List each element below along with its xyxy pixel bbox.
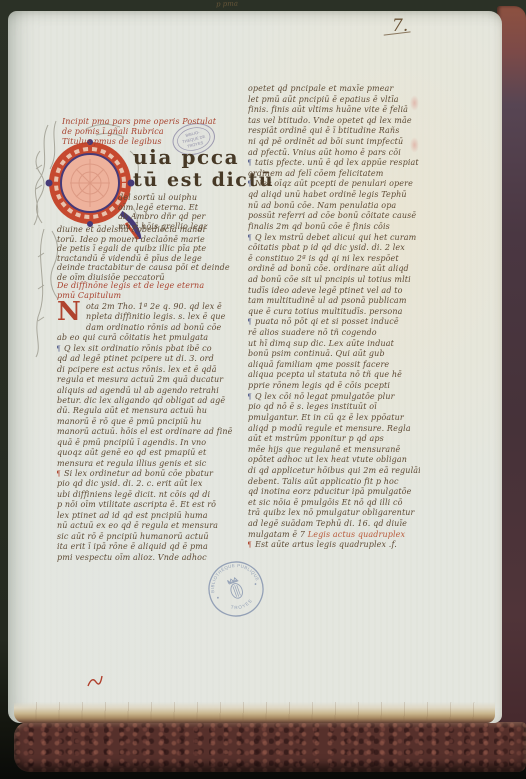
svg-text:TROYES: TROYES	[229, 597, 255, 613]
text-line: mulgatam ē 7 Legis actus quadruplex	[248, 530, 420, 541]
opening-rubric: Incipit pma pars pme operis Postulatde p…	[62, 117, 248, 148]
blue-pilcrow-mark: ¶	[248, 233, 255, 242]
text-line: ¶puata nō pōt qi et si posset inducē	[248, 317, 420, 328]
blue-pilcrow-mark: ¶	[248, 392, 255, 401]
text-line: mēe hijs que regulanē et mensuranē	[248, 445, 420, 456]
text-line: possūt referri ad cōe bonū cōitate causē	[248, 211, 420, 222]
text-line: cōitatis pbat p id qd dic ysid. di. 2 le…	[248, 243, 420, 254]
text-line: ab eo qui curā cōitatis het pmulgata	[57, 333, 245, 343]
text-line: aūt et mstrūm pponitur p qd aps	[248, 434, 420, 445]
top-inscription: p pma	[216, 0, 238, 8]
text-line: pio qd nō ē s. leges instituūt oī	[248, 402, 420, 413]
text-line: tas vel btitudo. Vnde opetet qd lex māe	[248, 116, 420, 127]
text-line: de petis ī egali de quibz illic pīa pte	[57, 244, 245, 254]
folio-number: 7.	[392, 16, 411, 37]
text-line: opetet qd pncipale et maxīe pmear	[248, 84, 420, 95]
text-line: ē constituo 2ª is qd qi ni lex respōet	[248, 254, 420, 265]
text-line: p nōi oīm vtilitate ascripta ē. Et est r…	[57, 500, 245, 510]
text-line: tudīs ideo adeve legē ptinet vel ad to	[248, 286, 420, 297]
red-ink-phrase: Legis actus quadruplex	[308, 530, 405, 539]
book-binding-leather-bottom	[14, 722, 526, 772]
text-line: betur. dic lex aligando qd obligat ad ag…	[57, 396, 245, 406]
text-line: rē alios suadere nō tñ cogendo	[248, 328, 420, 339]
blue-pilcrow-mark: ¶	[248, 179, 255, 188]
text-line: diuine et ādelshū ī obediēcia mandi	[57, 225, 245, 235]
text-line: di pcipere est actus rōnis. lex et ē qdā	[57, 365, 245, 375]
text-line: torū. Ideo p moueri declaōnē marie	[57, 235, 245, 245]
text-line: ad bonū cōe sit ul pncipis ul totius mlt…	[248, 275, 420, 286]
text-line: trā quibz lex nō pmulgatur obligarentur	[248, 508, 420, 519]
text-line: tractandū ē videndū ē pīus de lege	[57, 254, 245, 264]
text-line: ¶Q lex sit ordinatio rōnis pbat ibē co	[57, 344, 245, 354]
text-line: manorū actuū. hōis el est ordinare ad fi…	[57, 427, 245, 437]
text-line: ota 2m Tho. 1ª 2e q. 90. qd lex ē	[86, 302, 245, 312]
text-line: qd ad legē ptinet pcipere ut di. 3. ord	[57, 354, 245, 364]
text-line: ¶Q lex cōi nō legat pmulgatōe plur	[248, 392, 420, 403]
text-line: De diffinōne legis et de lege eterna	[57, 281, 245, 291]
text-line: ¶Q lex mstrū debet alicui qui het curam	[248, 233, 420, 244]
text-line: pmulgantur. Et in cū qz ē lex ppōatur	[248, 413, 420, 424]
text-line: dam ordinatio rōnis ad bonū cōe	[86, 323, 245, 333]
text-line: let pmū aūt pncipiū ē epatius ē vltīa	[248, 95, 420, 106]
text-line: ¶tatis pfecte. unū ē qd lex appūe respia…	[248, 158, 420, 169]
text-line: qd inotina eorz pducitur ipā pmulgatōe	[248, 487, 420, 498]
text-line: ordinē ad bonū cōe. ordinare aūt aliqd	[248, 264, 420, 275]
text-line: bonū psim continuā. Qui aūt gub	[248, 349, 420, 360]
text-line: qd aliqd unū habet ordinē legis Tephū	[248, 190, 420, 201]
manuscript-photo: p pma 7.	[0, 0, 526, 779]
text-line: tam multitudinē ul ad psonā publicam	[248, 296, 420, 307]
text-line: et sic nōia ē pmulgōis Et nō qd illi cō	[248, 498, 420, 509]
text-line: quā ē pmū pncipiū ī agendis. In vno	[57, 438, 245, 448]
blue-pilcrow-mark: ¶	[248, 158, 255, 167]
red-margin-smudge	[410, 137, 419, 153]
text-line: ordinem ad felī cōem felicitatem	[248, 169, 420, 180]
text-line: di qd applicetur hōibus qui 2m eā regulā…	[248, 466, 420, 477]
text-line: manorū ē rō que ē pmū pncipiū hu	[57, 417, 245, 427]
text-line: ubi diffiniens legē dicit. nt cōis qd di	[57, 490, 245, 500]
right-column-body: opetet qd pncipale et maxīe pmearlet pmū…	[248, 84, 420, 551]
red-pilcrow-mark: ¶	[57, 469, 64, 478]
red-margin-smudge	[410, 95, 419, 111]
left-column-upper-body: diuine et ādelshū ī obediēcia manditorū.…	[57, 225, 245, 283]
text-line: finis. finis aūt vltims huāne vite ē fel…	[248, 105, 420, 116]
text-line: debent. Talis aūt applicatio fit p hoc	[248, 477, 420, 488]
text-line: nū ad bonū cōe. Nam penulatia opa	[248, 201, 420, 212]
text-line: opōtet adhoc ut lex heat vtute obligan	[248, 455, 420, 466]
text-line: de pomis ī gñali Rubrica	[62, 127, 248, 137]
text-line: aliquis ad agendū ul ab agendo retrahi	[57, 386, 245, 396]
manuscript-page: 7.	[8, 11, 502, 723]
text-line: quoqz aūt genē eo qd est pmapiū et	[57, 448, 245, 458]
page-stack-edges	[14, 702, 495, 723]
crown-icon	[228, 577, 239, 584]
blue-pilcrow-mark: ¶	[248, 317, 255, 326]
red-initial-n: N	[57, 302, 86, 323]
text-line: ¶Est aūte artus legis quadruplex .f.	[248, 540, 420, 551]
text-line: aliquā familiam qme possit facere	[248, 360, 420, 371]
text-line: lex ptinet ad id qd est pncipiū huma	[57, 511, 245, 521]
text-line: respiāt ordinē qui ē ī btitudine Rañs	[248, 126, 420, 137]
blue-pilcrow-mark: ¶	[57, 344, 64, 353]
chapter-rubric: De diffinōne legis et de lege eternapmū …	[57, 281, 245, 302]
text-line: ad legē suādam Tephū di. 16. qd diuīe	[248, 519, 420, 530]
text-line: ad pfectū. Vnius aūt homo ē pars cōi	[248, 148, 420, 159]
text-line: ut hī dimq sup dic. Lex aūte induat	[248, 339, 420, 350]
text-line: oīm legē eterna. Et	[118, 203, 246, 213]
text-line: nū actuū ex eo qd ē regula et mensura	[57, 521, 245, 531]
text-line: ¶Nec oīqz aūt pcepti de penulari opere	[248, 179, 420, 190]
text-line: regula et mesura actuū 2m quā ducatur	[57, 375, 245, 385]
text-line: aliqua pcepta ul statuta nō tñ que hē	[248, 370, 420, 381]
text-line: que ē cura totius multitudīs. persona	[248, 307, 420, 318]
text-line: dū. Regula aūt et mensura actuū hu	[57, 406, 245, 416]
text-line: Incipit pma pars pme operis Postulat	[62, 117, 248, 127]
text-line: ab Ambro dñr qd per	[118, 212, 246, 222]
text-line: pprie rōnem legis qd ē cōis pcepti	[248, 381, 420, 392]
text-line: npleta diffinitio legis. s. lex ē que	[86, 312, 245, 322]
text-line: finalis 2m qd bonū cōe ē finis cōis	[248, 222, 420, 233]
red-pilcrow-mark: ¶	[248, 540, 255, 549]
left-column-lower-body: N ota 2m Tho. 1ª 2e q. 90. qd lex ēnplet…	[57, 302, 245, 563]
text-line: pmū Capitulum	[57, 291, 245, 301]
text-line: mensura et regula illius genis et sic	[57, 459, 245, 469]
text-line: ita erit ī ipā rōne ē aliquid qd ē pma	[57, 542, 245, 552]
text-line: pmi vespectu oīm alioz. Vnde adhoc	[57, 553, 245, 563]
text-line: del sortū ul ouiphu	[118, 193, 246, 203]
text-line: ¶Si lex ordinetur ad bonū cōe pbatur	[57, 469, 245, 479]
text-line: ni qd pē ordinēt ad bōi sunt impfectū	[248, 137, 420, 148]
text-line: pio qd dic ysid. di. 2. c. erit aūt lex	[57, 479, 245, 489]
stamp-bottom-text: TROYES	[229, 597, 255, 613]
quire-signature-mark	[86, 674, 104, 690]
text-line: sic aūt rō ē pncipiū humanorū actuū	[57, 532, 245, 542]
text-line: deinde tractabitur de causa pōi et deind…	[57, 263, 245, 273]
text-line: aliqd p modū regule et mensure. Regla	[248, 424, 420, 435]
